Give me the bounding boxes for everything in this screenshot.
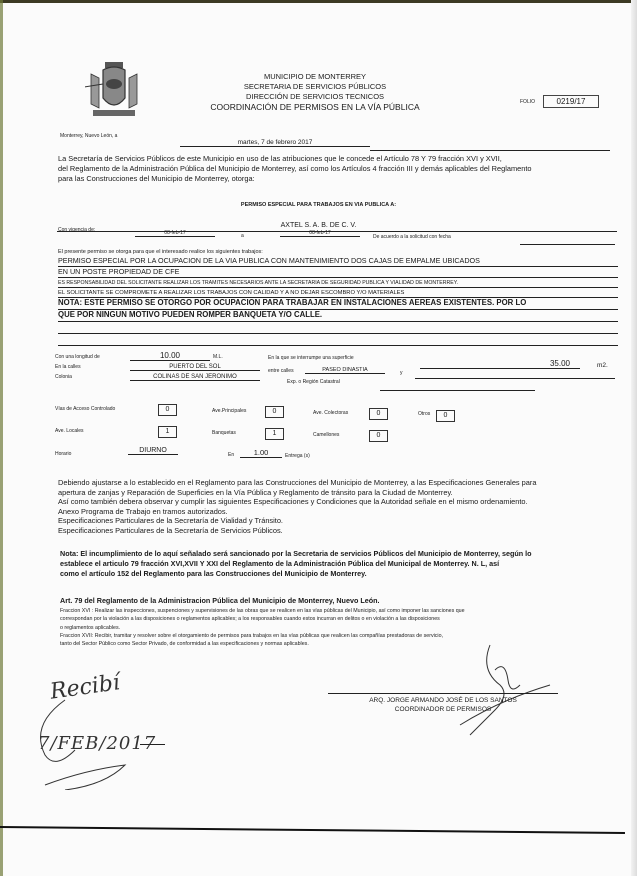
acceso-controlado-count: 0 [158, 404, 177, 416]
works-line: PERMISO ESPECIAL POR LA OCUPACION DE LA … [58, 256, 618, 267]
validity-to-label: a [241, 233, 244, 239]
article-line: o reglamentos aplicables. [60, 624, 630, 632]
valid-to: 08-feb-17 [280, 230, 360, 237]
intro-paragraph: La Secretaría de Servicios Públicos de e… [58, 154, 628, 184]
region-rule [380, 390, 535, 391]
length-value: 10.00 [130, 351, 210, 361]
place-label: Monterrey, Nuevo León, a [60, 133, 117, 139]
date-value: martes, 7 de febrero 2017 [180, 139, 370, 147]
banquetas-label: Banquetas [212, 430, 236, 436]
between-value: PASEO DINASTIA [305, 367, 385, 374]
works-note-line: QUE POR NINGUN MOTIVO PUEDEN ROMPER BANQ… [58, 310, 618, 322]
surface-unit: m2. [597, 362, 608, 369]
condition-line: Especificaciones Particulares de la Secr… [58, 526, 628, 536]
surface-label: En la que se interrumpe una superficie [268, 355, 354, 361]
validity-label: Con vigencia de: [58, 227, 95, 233]
works-line: EN UN POSTE PROPIEDAD DE CFE [58, 267, 618, 278]
street-label: En la calles [55, 364, 81, 370]
signature-icon [440, 640, 560, 740]
header-municipio: MUNICIPIO DE MONTERREY [200, 72, 430, 82]
article-line: Fraccion XVI : Realizar las inspecciones… [60, 607, 630, 615]
penalty-note: Nota: El incumplimiento de lo aquí señal… [60, 549, 630, 579]
colectoras-label: Ave. Colectoras [313, 410, 348, 416]
folio-number: 0219/17 [543, 95, 599, 108]
article-line: correspondan por la violación a las disp… [60, 615, 630, 623]
region-label: Exp. o Región Catastral [287, 379, 340, 385]
signatory: ARQ. JORGE ARMANDO JOSÉ DE LOS SANTOS CO… [328, 696, 558, 714]
handwritten-dash [140, 744, 165, 745]
header-secretaria: SECRETARIA DE SERVICIOS PÚBLICOS [200, 82, 430, 92]
company-name: AXTEL S. A. B. DE C. V. [0, 222, 637, 229]
horario-label: Horario [55, 451, 71, 457]
entregas-label: Entrega (s) [285, 453, 310, 459]
condition-line: Debiendo ajustarse a lo establecido en e… [58, 478, 628, 488]
folio-label: FOLIO [520, 99, 535, 105]
handwritten-date: 7/FEB/2017 [38, 733, 156, 754]
signature-rule [328, 693, 558, 694]
works-line: ES RESPONSABILIDAD DEL SOLICITANTE REALI… [58, 278, 618, 288]
surface-value: 35.00 [420, 359, 580, 369]
penalty-note-line: establece el articulo 79 fracción XVI,XV… [60, 559, 630, 569]
scan-edge-top [0, 0, 637, 3]
en-label: En [228, 452, 234, 458]
otros-label: Otros [418, 411, 430, 417]
permit-title: PERMISO ESPECIAL PARA TRABAJOS EN VIA PU… [0, 202, 637, 208]
scan-edge-right [631, 0, 637, 876]
works-blank-line [58, 322, 618, 334]
second-street-rule [415, 378, 615, 379]
street-value: PUERTO DEL SOL [130, 364, 260, 371]
conditions-paragraph: Debiendo ajustarse a lo establecido en e… [58, 478, 628, 535]
request-date-rule [520, 244, 615, 245]
otros-count: 0 [436, 410, 455, 422]
works-line: EL SOLICITANTE SE COMPROMETE A REALIZAR … [58, 288, 618, 298]
article-line: Fraccion XVII: Recibir, tramitar y resol… [60, 632, 630, 640]
header-coordinacion: COORDINACIÓN DE PERMISOS EN LA VÍA PÚBLI… [200, 102, 430, 112]
colectoras-count: 0 [369, 408, 388, 420]
condition-line: apertura de zanjas y Reparación de Super… [58, 488, 628, 498]
condition-line: Así como también debera observar y cumpl… [58, 497, 628, 507]
date-rule [370, 150, 610, 151]
colonia-value: COLINAS DE SAN JERONIMO [130, 374, 260, 381]
works-label: El presente permiso se otorga para que e… [58, 249, 263, 255]
article-title: Art. 79 del Reglamento de la Administrac… [60, 596, 380, 605]
locales-count: 1 [158, 426, 177, 438]
acceso-controlado-label: Vías de Acceso Controlado [55, 406, 115, 412]
camellones-label: Camellones [313, 432, 339, 438]
locales-label: Ave. Locales [55, 428, 84, 434]
document-header: MUNICIPIO DE MONTERREY SECRETARIA DE SER… [200, 72, 430, 112]
works-blank-line [58, 334, 618, 346]
intro-line: del Reglamento de la Administración Públ… [58, 164, 628, 174]
scan-edge-bottom [0, 826, 625, 834]
length-label: Con una longitud de [55, 354, 100, 360]
horario-value: DIURNO [128, 447, 178, 455]
and-label: y [400, 370, 403, 376]
entregas-value: 1.00 [240, 448, 282, 458]
penalty-note-line: como el artículo 152 del Reglamento para… [60, 569, 630, 579]
intro-line: para las Construcciones del Municipio de… [58, 174, 628, 184]
intro-line: La Secretaría de Servicios Públicos de e… [58, 154, 628, 164]
condition-line: Especificaciones Particulares de la Secr… [58, 516, 628, 526]
works-note-line: NOTA: ESTE PERMISO SE OTORGO POR OCUPACI… [58, 298, 618, 310]
header-direccion: DIRECCIÓN DE SERVICIOS TECNICOS [200, 92, 430, 102]
penalty-note-line: Nota: El incumplimiento de lo aquí señal… [60, 549, 630, 559]
works-list: PERMISO ESPECIAL POR LA OCUPACION DE LA … [58, 256, 618, 346]
condition-line: Anexo Programa de Trabajo en tramos auto… [58, 507, 628, 517]
valid-from: 08-feb-17 [135, 230, 215, 237]
colonia-label: Colonia [55, 374, 72, 380]
banquetas-count: 1 [265, 428, 284, 440]
principales-count: 0 [265, 406, 284, 418]
principales-label: Ave.Principales [212, 408, 246, 414]
length-unit: M.L. [213, 354, 223, 360]
camellones-count: 0 [369, 430, 388, 442]
signatory-role: COORDINADOR DE PERMISOS [328, 705, 558, 714]
signatory-name: ARQ. JORGE ARMANDO JOSÉ DE LOS SANTOS [328, 696, 558, 705]
coat-of-arms-icon [85, 60, 143, 122]
request-date-label: De acuerdo a la solicitud con fecha [373, 234, 451, 240]
between-label: entre calles [268, 368, 294, 374]
scan-edge-left [0, 0, 3, 876]
